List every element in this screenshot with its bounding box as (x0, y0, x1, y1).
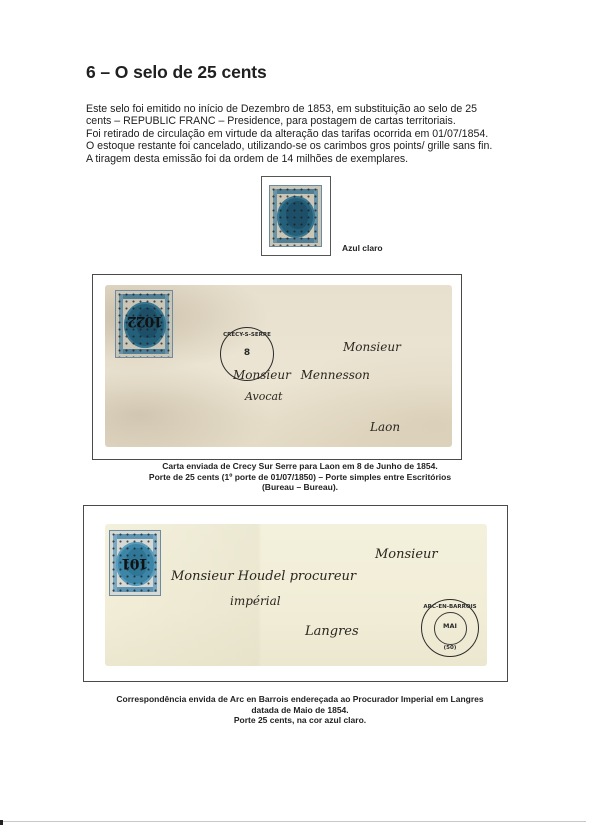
single-stamp-frame (261, 176, 331, 256)
address-line: Monsieur Houdel procureur (171, 569, 356, 584)
postmark: ARC-EN-BARROIS MAI (50) (421, 599, 479, 657)
stamp-image (269, 185, 322, 247)
cover-frame-2: 101 Monsieur Monsieur Houdel procureur i… (83, 505, 508, 682)
page-edge-mark (0, 820, 3, 825)
page-title: 6 – O selo de 25 cents (86, 62, 267, 83)
address-line: Monsieur (343, 340, 401, 354)
address-line: Monsieur Mennesson (233, 368, 370, 382)
stamp-caption: Azul claro (342, 243, 383, 253)
intro-line: A tiragem desta emissão foi da ordem de … (86, 153, 526, 165)
stamp-on-cover: 101 (109, 530, 161, 596)
address-line: impérial (230, 594, 281, 608)
intro-line: O estoque restante foi cancelado, utiliz… (86, 140, 526, 152)
cover-caption-2: Correspondência envida de Arc en Barrois… (85, 694, 515, 726)
intro-paragraph: Este selo foi emitido no início de Dezem… (86, 103, 526, 165)
address-line: Laon (370, 420, 400, 434)
envelope-image: 101 Monsieur Monsieur Houdel procureur i… (105, 524, 487, 666)
bottom-rule (2, 821, 586, 822)
envelope-image: 1022 CRECY-S-SERRE 8 Monsieur Monsieur M… (105, 285, 452, 447)
cover-caption-1: Carta enviada de Crecy Sur Serre para La… (110, 461, 490, 493)
cover-frame-1: 1022 CRECY-S-SERRE 8 Monsieur Monsieur M… (92, 274, 462, 460)
stamp-on-cover: 1022 (115, 290, 173, 358)
address-line: Monsieur (375, 547, 438, 562)
intro-line: Este selo foi emitido no início de Dezem… (86, 103, 526, 115)
intro-line: Foi retirado de circulação em virtude da… (86, 128, 526, 140)
address-line: Langres (305, 624, 359, 639)
address-line: Avocat (245, 390, 282, 403)
intro-line: cents – REPUBLIC FRANC – Presidence, par… (86, 115, 526, 127)
